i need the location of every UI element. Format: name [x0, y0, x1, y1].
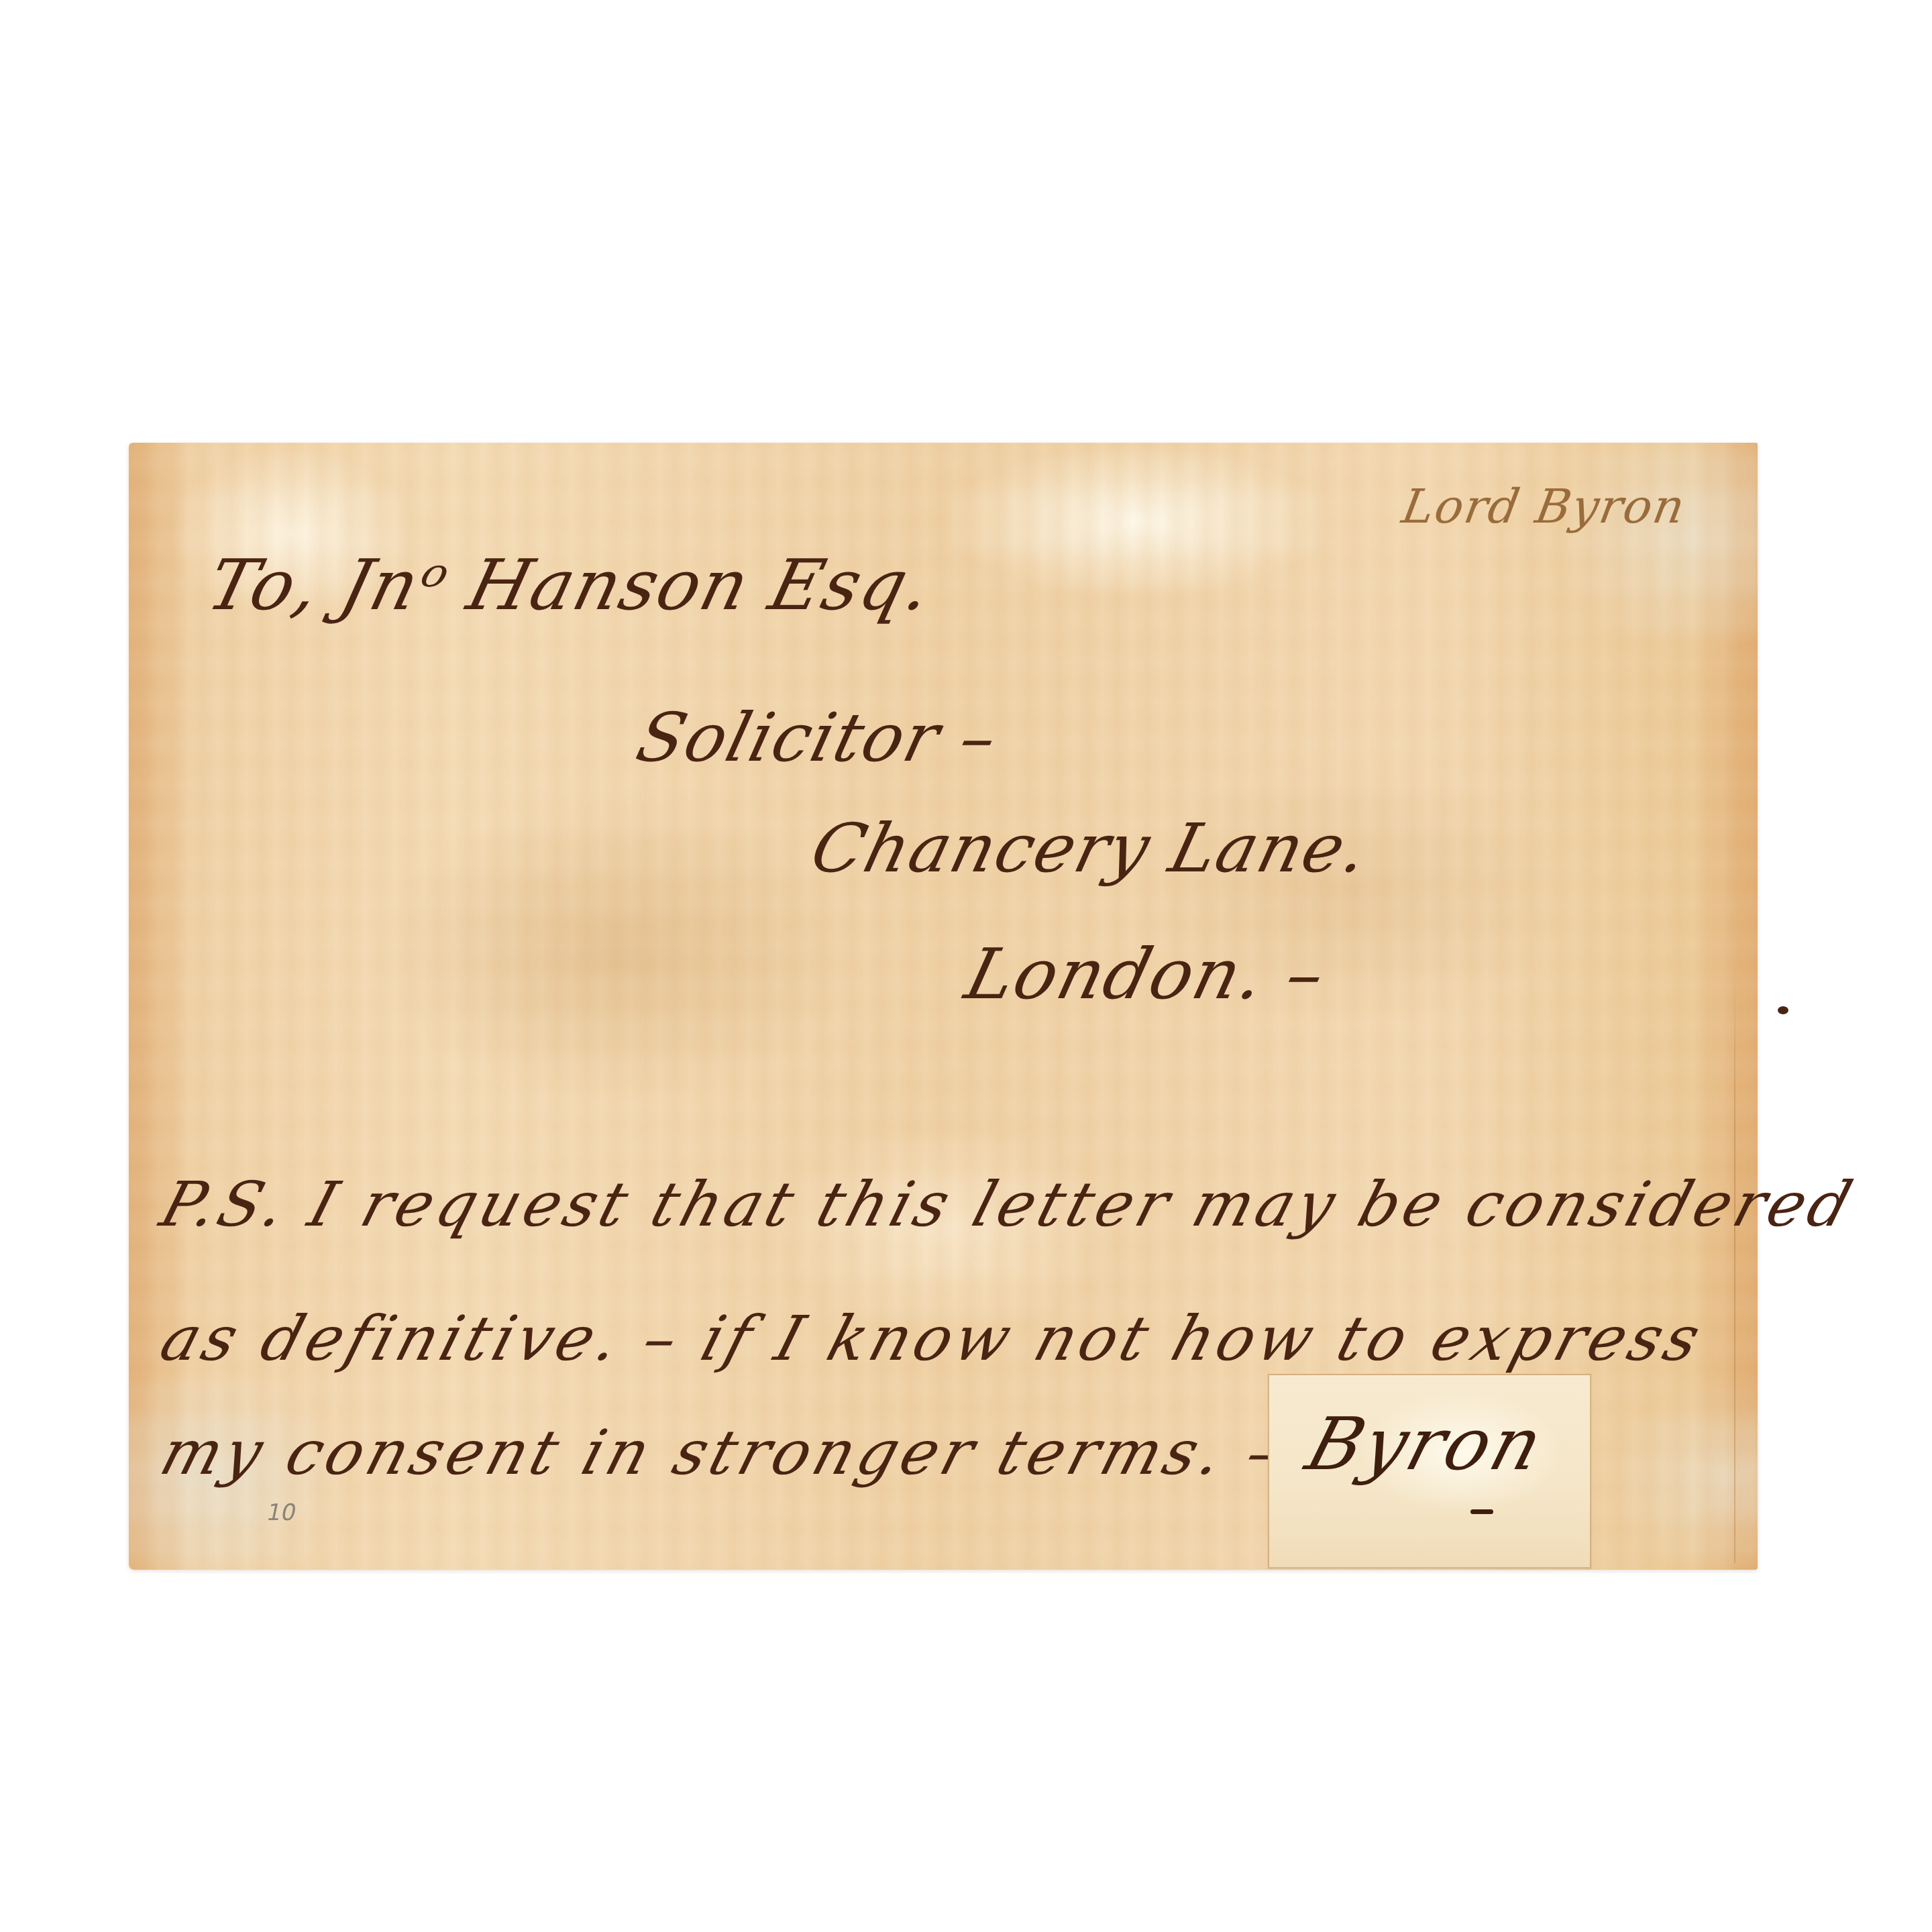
postscript-line: as definitive. – if I know not how to ex…: [154, 1308, 1711, 1370]
image-stage: Lord Byron To, Jnᵒ Hanson Esq. Solicitor…: [0, 0, 1932, 1932]
pencil-note: 10: [264, 1499, 299, 1526]
pasted-signature-slip: Byron: [1268, 1374, 1591, 1568]
docket-note: Lord Byron: [1399, 483, 1689, 530]
paper-fold-line: [1734, 959, 1735, 1563]
address-line-city: London. –: [959, 939, 1333, 1009]
postscript-line: my consent in stronger terms. –: [154, 1422, 1292, 1484]
signature: Byron: [1299, 1409, 1553, 1481]
addressee-line: To, Jnᵒ Hanson Esq.: [201, 550, 939, 620]
address-line-occupation: Solicitor –: [631, 704, 1005, 771]
address-line-street: Chancery Lane.: [805, 815, 1376, 882]
signature-underline-dash: [1470, 1509, 1493, 1514]
ink-blot: [1778, 1006, 1788, 1014]
postscript-line: P.S. I request that this letter may be c…: [154, 1174, 1862, 1236]
